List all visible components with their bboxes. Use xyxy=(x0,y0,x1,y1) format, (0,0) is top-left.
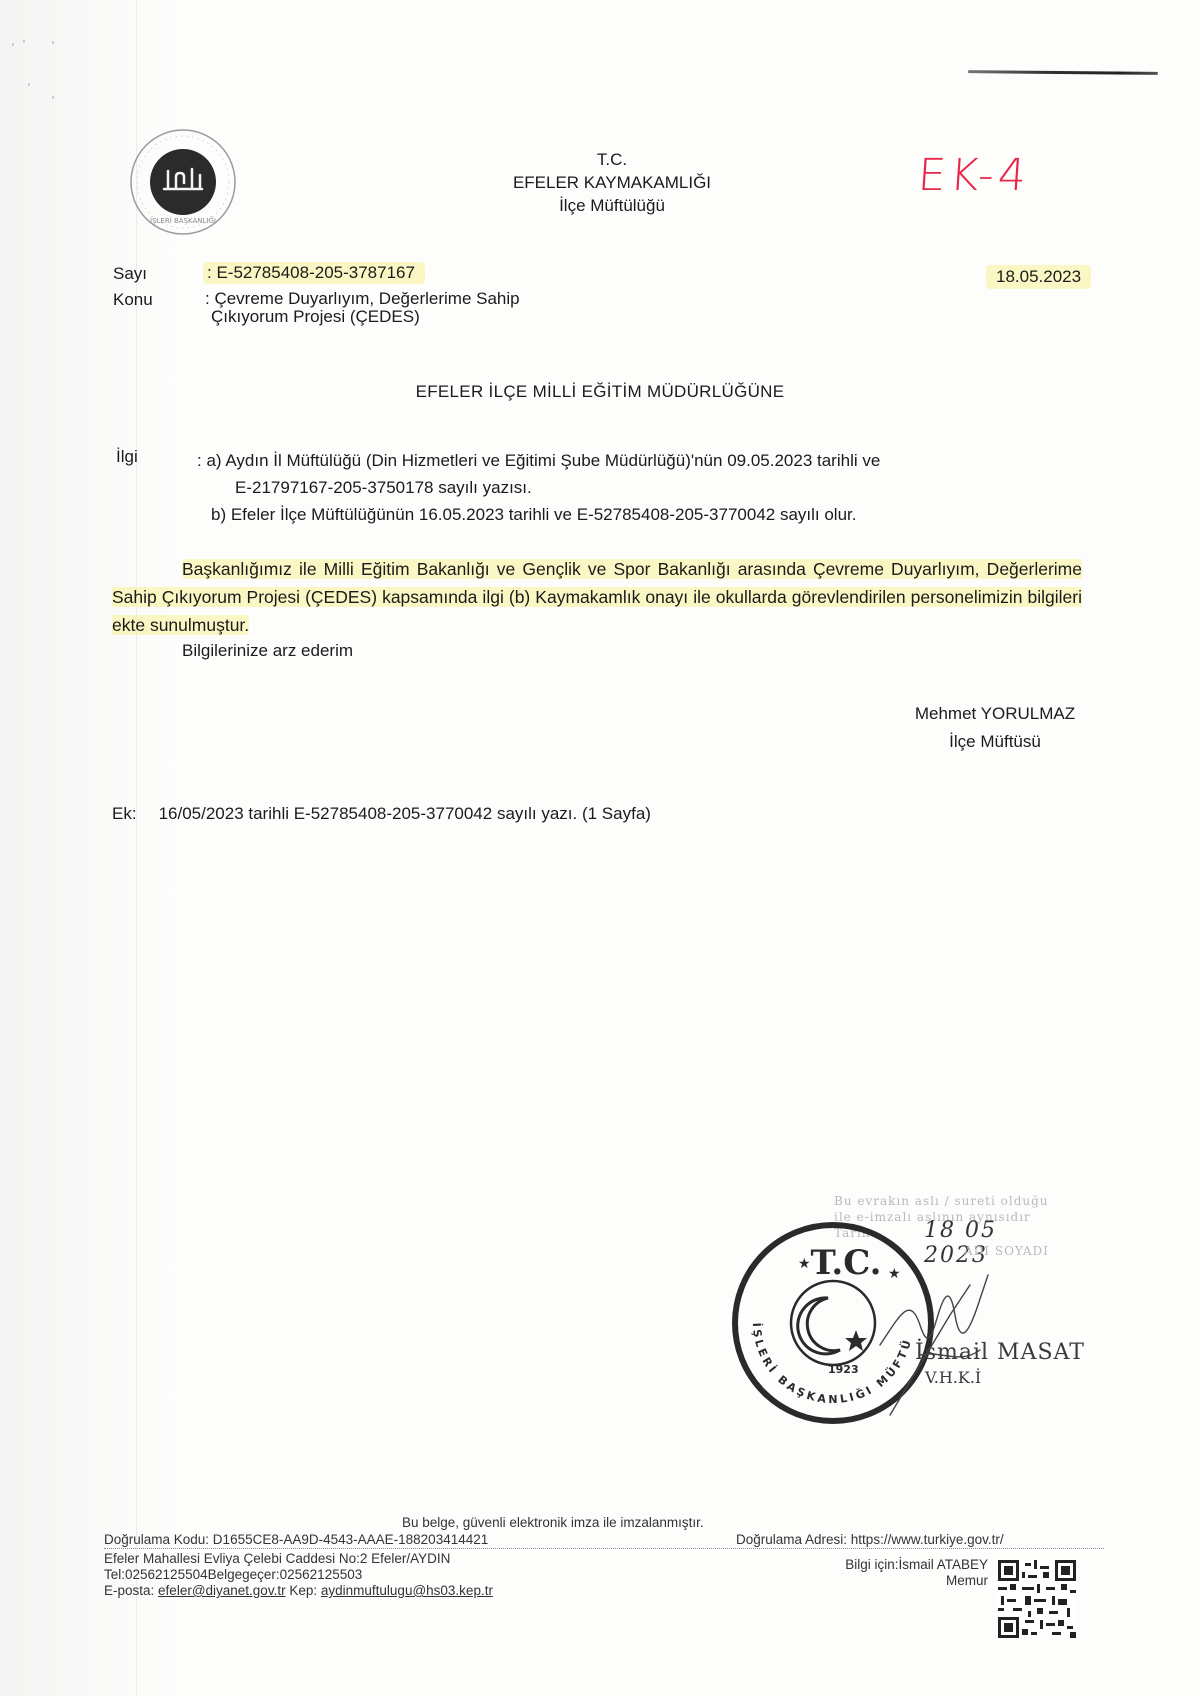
addressee: EFELER İLÇE MİLLİ EĞİTİM MÜDÜRLÜĞÜNE xyxy=(0,382,1200,402)
attachment-label: Ek: xyxy=(112,804,137,823)
attachment-line: Ek:16/05/2023 tarihli E-52785408-205-377… xyxy=(112,804,651,824)
scan-shadow xyxy=(0,0,180,1696)
scan-speck xyxy=(28,83,30,86)
email-link[interactable]: efeler@diyanet.gov.tr xyxy=(158,1583,286,1598)
handwritten-annex-mark: EK-4 xyxy=(916,150,1031,201)
scan-speck xyxy=(52,96,54,99)
qr-code-icon[interactable] xyxy=(998,1560,1076,1638)
svg-text:İŞLERİ BAŞKANLIĞI: İŞLERİ BAŞKANLIĞI xyxy=(150,216,216,225)
office-phone: Tel:02562125504Belgegeçer:02562125503 xyxy=(104,1567,362,1582)
subject: : Çevreme Duyarlıyım, Değerlerime Sahip … xyxy=(205,290,520,326)
contact-title: Memur xyxy=(760,1573,988,1589)
scan-fold-line xyxy=(136,0,137,1696)
body-paragraph: Başkanlığımız ile Milli Eğitim Bakanlığı… xyxy=(112,555,1082,639)
scan-speck xyxy=(52,41,54,44)
pen-stroke-mark xyxy=(968,70,1158,75)
signature-block: Mehmet YORULMAZ İlçe Müftüsü xyxy=(880,700,1110,756)
reference-item-a: : a) Aydın İl Müftülüğü (Din Hizmetleri … xyxy=(197,447,880,474)
konu-label: Konu xyxy=(113,290,153,310)
reference-label: İlgi xyxy=(116,447,138,467)
svg-text:★: ★ xyxy=(798,1255,811,1271)
reference-item-b: b) Efeler İlçe Müftülüğünün 16.05.2023 t… xyxy=(197,501,880,528)
scan-speck xyxy=(23,40,25,43)
kep-label: Kep: xyxy=(289,1583,317,1598)
signer-title: İlçe Müftüsü xyxy=(880,728,1110,756)
stamp-line: Bu evrakın aslı / sureti olduğu xyxy=(834,1194,1049,1208)
document-number: : E-52785408-205-3787167 xyxy=(203,262,425,284)
reference-separator: : xyxy=(197,451,202,470)
reference-list: : a) Aydın İl Müftülüğü (Din Hizmetleri … xyxy=(197,447,880,528)
stamp-signer-title: V.H.K.İ xyxy=(925,1368,981,1387)
reference-a-line1: a) Aydın İl Müftülüğü (Din Hizmetleri ve… xyxy=(206,451,880,470)
contact-info: Bilgi için:İsmail ATABEY Memur xyxy=(760,1557,988,1589)
scan-speck xyxy=(12,43,14,46)
document-date: 18.05.2023 xyxy=(986,265,1091,289)
reference-a-line2: E-21797167-205-3750178 sayılı yazısı. xyxy=(197,474,880,501)
stamp-signer-name: İsmail MASAT xyxy=(915,1340,1085,1365)
footer-dotted-divider xyxy=(104,1548,1104,1549)
body-paragraph-text: Başkanlığımız ile Milli Eğitim Bakanlığı… xyxy=(112,559,1082,635)
closing-line: Bilgilerinize arz ederim xyxy=(182,641,353,661)
kep-link[interactable]: aydinmuftulugu@hs03.kep.tr xyxy=(321,1583,493,1598)
esign-note: Bu belge, güvenli elektronik imza ile im… xyxy=(402,1515,704,1530)
subject-line-2: Çıkıyorum Projesi (ÇEDES) xyxy=(205,308,520,326)
contact-person: Bilgi için:İsmail ATABEY xyxy=(760,1557,988,1573)
office-address: Efeler Mahallesi Evliya Çelebi Caddesi N… xyxy=(104,1551,450,1566)
verification-address[interactable]: Doğrulama Adresi: https://www.turkiye.go… xyxy=(736,1532,1004,1547)
svg-text:1923: 1923 xyxy=(828,1363,859,1376)
attachment-text: 16/05/2023 tarihli E-52785408-205-377004… xyxy=(159,804,651,823)
sayi-label: Sayı xyxy=(113,264,147,284)
email-label: E-posta: xyxy=(104,1583,154,1598)
subject-line-1: : Çevreme Duyarlıyım, Değerlerime Sahip xyxy=(205,290,520,308)
contact-emails: E-posta: efeler@diyanet.gov.tr Kep: aydi… xyxy=(104,1583,493,1598)
verification-code: Doğrulama Kodu: D1655CE8-AA9D-4543-AAAE-… xyxy=(104,1532,488,1547)
signer-name: Mehmet YORULMAZ xyxy=(880,700,1110,728)
